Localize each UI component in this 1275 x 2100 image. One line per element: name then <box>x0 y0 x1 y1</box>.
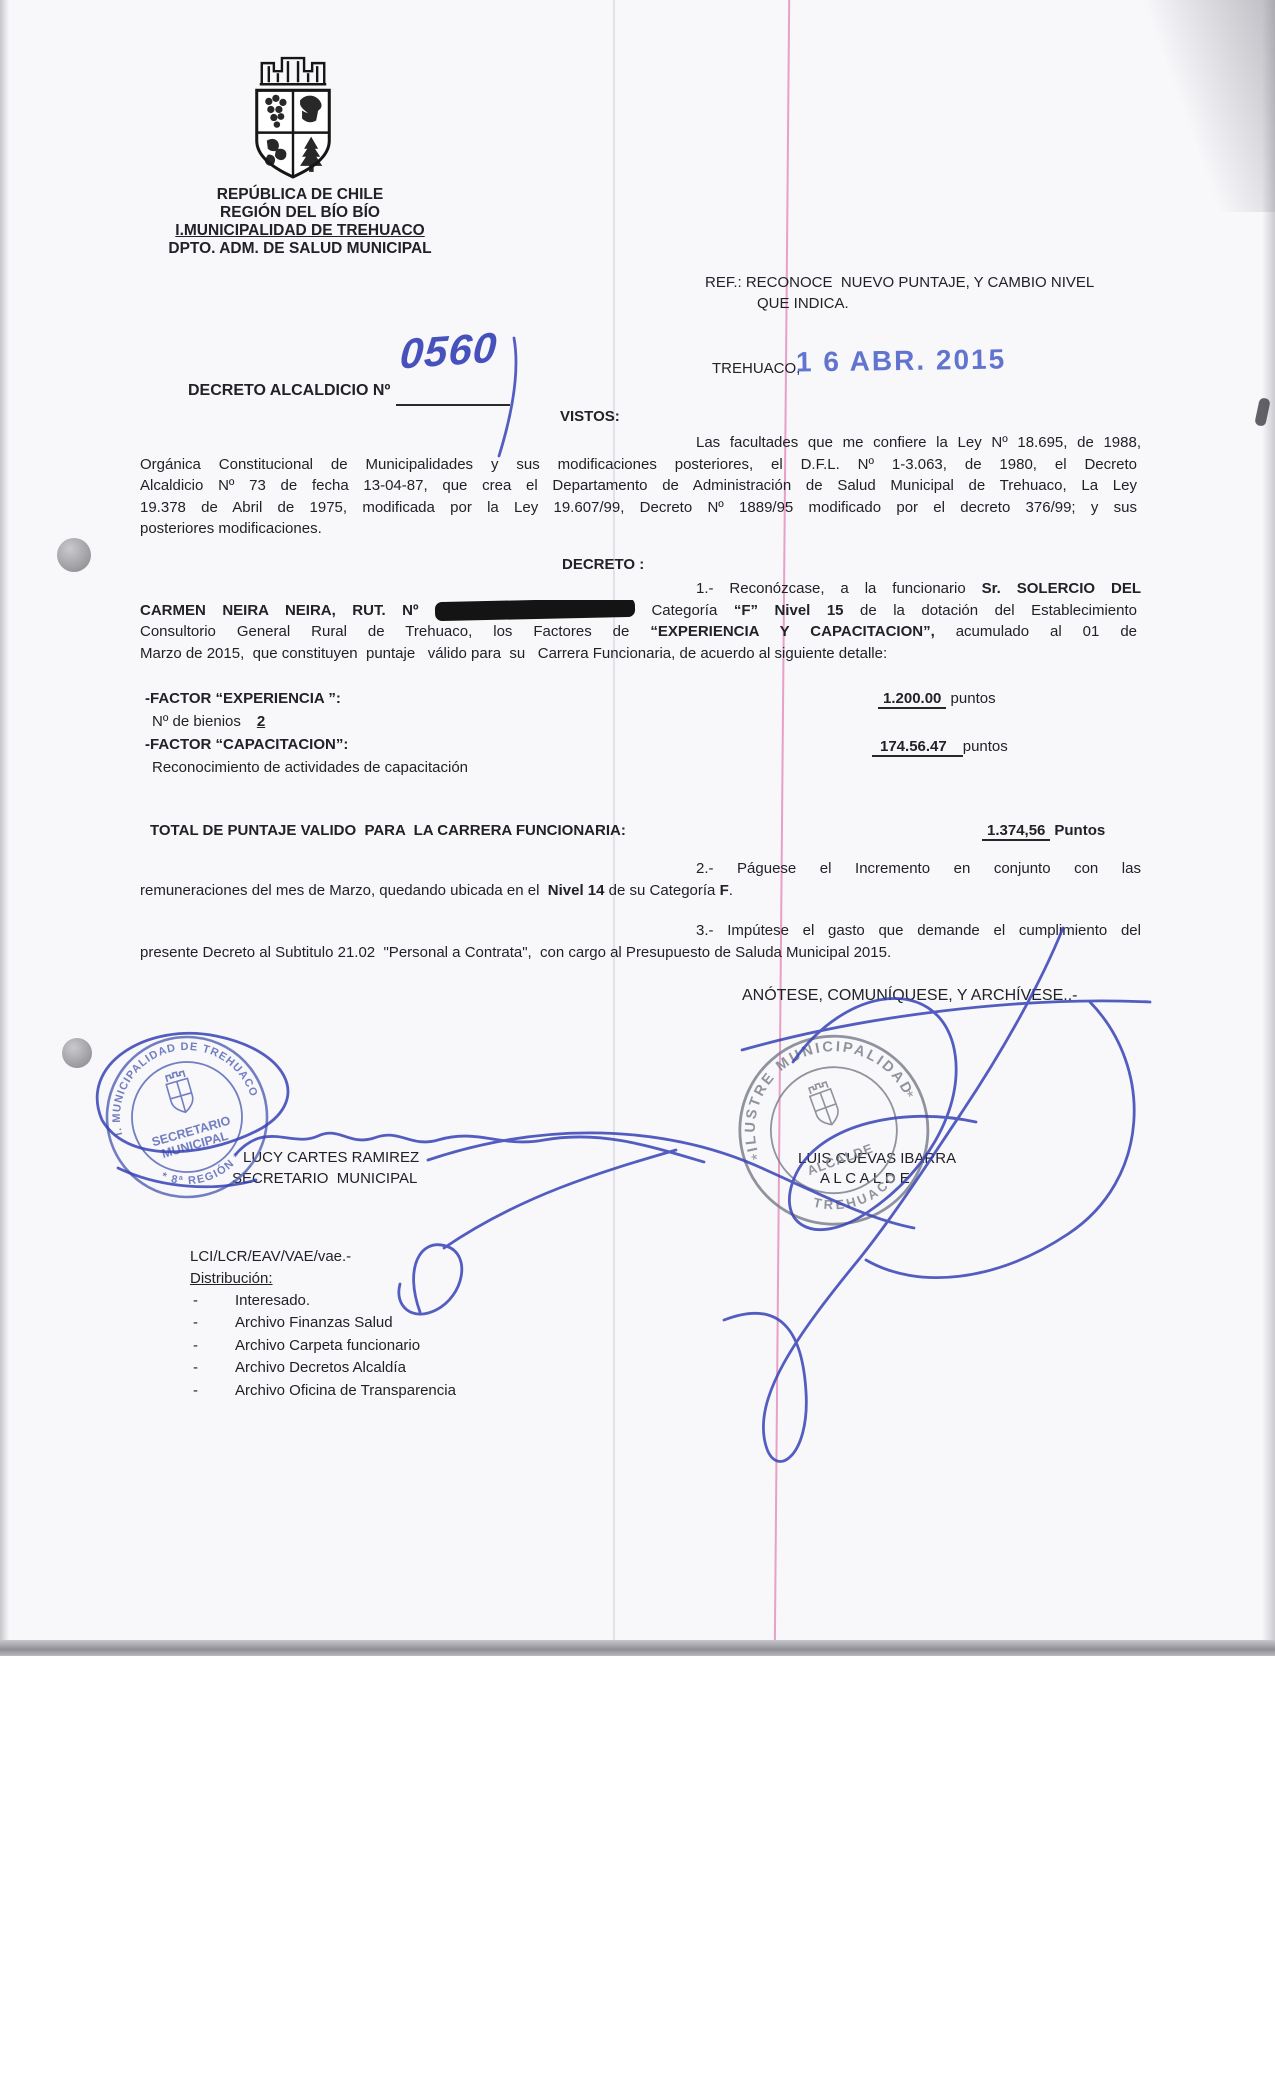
vistos-line1: Las facultades que me confiere la Ley Nº… <box>696 432 1141 454</box>
vistos-line4: 19.378 de Abril de 1975, modificada por … <box>140 497 1137 519</box>
header-country: REPÚBLICA DE CHILE <box>120 186 480 204</box>
decreto-p1-line4: Marzo de 2015, que constituyen puntaje v… <box>140 643 1137 665</box>
vistos-line3: Alcaldicio Nº 73 de fecha 13-04-87, que … <box>140 475 1137 497</box>
decreto-label: DECRETO : <box>562 554 644 575</box>
scanned-decree-page: REPÚBLICA DE CHILE REGIÓN DEL BÍO BÍO I.… <box>0 0 1275 2100</box>
decreto-p2-line1: 2.- Páguese el Incremento en conjunto co… <box>696 858 1141 880</box>
factor-capacitacion-value: 174.56.47 <box>872 738 963 757</box>
mayor-stamp-star-left: * <box>750 1151 762 1169</box>
svg-text:I. MUNICIPALIDAD DE TREHUACO: I. MUNICIPALIDAD DE TREHUACO <box>93 1023 260 1138</box>
dash-bullet: - <box>193 1292 198 1309</box>
distribution-item: -Archivo Finanzas Salud <box>193 1312 393 1333</box>
bienios-label: Nº de bienios <box>152 713 241 730</box>
scan-shadow-corner <box>1148 0 1275 212</box>
dash-bullet: - <box>193 1382 198 1399</box>
p2-l2-text: remuneraciones del mes de Marzo, quedand… <box>140 882 548 899</box>
capacitacion-sub-label: Reconocimiento de actividades de capacit… <box>152 757 468 778</box>
factor-experiencia-value: 1.200.00 <box>878 690 946 709</box>
p2-nivel-bold: Nivel 14 <box>548 882 605 899</box>
page-bottom-shadow <box>0 1640 1275 1656</box>
bienios-value: 2 <box>257 713 265 730</box>
p2-l2-text3: . <box>729 882 733 899</box>
total-unit: Puntos <box>1054 822 1105 839</box>
factor-experiencia-value-row: 1.200.00 puntos <box>878 688 996 709</box>
scan-edge-right <box>1262 0 1275 1648</box>
distribution-item-text: Archivo Decretos Alcaldía <box>235 1359 406 1376</box>
decreto-p1-line3: Consultorio General Rural de Trehuaco, l… <box>140 621 1137 643</box>
distribution-item-text: Archivo Carpeta funcionario <box>235 1337 420 1354</box>
header-municipality: I.MUNICIPALIDAD DE TREHUACO <box>120 222 480 240</box>
p2-l2-text2: de su Categoría <box>604 882 719 899</box>
factor-capacitacion-value-row: 174.56.47puntos <box>872 736 1008 757</box>
date-stamp: 1 6 ABR. 2015 <box>796 349 1006 373</box>
distribution-item: -Archivo Oficina de Transparencia <box>193 1380 456 1401</box>
p1-l3-text: Consultorio General Rural de Trehuaco, l… <box>140 623 650 640</box>
vistos-line5: posteriores modificaciones. <box>140 518 1137 540</box>
distribution-item: -Interesado. <box>193 1290 310 1311</box>
total-value: 1.374,56 <box>982 822 1050 841</box>
p1-l1-bold: Sr. SOLERCIO DEL <box>982 580 1141 597</box>
mayor-stamp-bottom-text: TREHUACO <box>808 1165 907 1224</box>
closing-formula: ANÓTESE, COMUNÍQUESE, Y ARCHÍVESE..- <box>742 985 1077 1006</box>
p1-name-rut: CARMEN NEIRA NEIRA, RUT. Nº <box>140 602 435 619</box>
responsibility-initials: LCI/LCR/EAV/VAE/vae.- <box>190 1246 351 1267</box>
dash-bullet: - <box>193 1314 198 1331</box>
total-value-row: 1.374,56Puntos <box>982 820 1105 841</box>
dash-bullet: - <box>193 1359 198 1376</box>
scan-edge-left <box>0 0 9 1648</box>
vistos-line2: Orgánica Constitucional de Municipalidad… <box>140 454 1137 476</box>
decreto-p2-line2: remuneraciones del mes de Marzo, quedand… <box>140 880 1137 902</box>
decree-number-label: DECRETO ALCALDICIO Nº <box>188 380 390 401</box>
dash-bullet: - <box>193 1337 198 1354</box>
total-label: TOTAL DE PUNTAJE VALIDO PARA LA CARRERA … <box>150 820 626 841</box>
p1-factors-bold: “EXPERIENCIA Y CAPACITACION”, <box>650 623 934 640</box>
p1-l2-text2: de la dotación del Establecimiento <box>860 602 1137 619</box>
distribution-item: -Archivo Decretos Alcaldía <box>193 1357 406 1378</box>
bienios-row: Nº de bienios2 <box>152 711 265 732</box>
p1-l1-text: 1.- Reconózcase, a la funcionario <box>696 580 982 597</box>
mayor-stamp-center: ALCALDE <box>805 1140 875 1178</box>
rut-redaction-bar <box>435 600 635 621</box>
coat-of-arms-icon <box>237 48 349 184</box>
distribution-label: Distribución: <box>190 1268 273 1289</box>
hole-punch-top <box>57 538 91 572</box>
factor-experiencia-label: -FACTOR “EXPERIENCIA ”: <box>145 688 341 709</box>
distribution-item-text: Archivo Finanzas Salud <box>235 1314 393 1331</box>
ref-line2: QUE INDICA. <box>757 293 849 314</box>
p1-l3-text2: acumulado al 01 de <box>935 623 1137 640</box>
decreto-p1-line2: CARMEN NEIRA NEIRA, RUT. Nº Categoría “F… <box>140 600 1137 622</box>
p2-categoria-bold: F <box>720 882 729 899</box>
decree-number-handwritten: 0560 <box>399 337 498 365</box>
factor-experiencia-unit: puntos <box>946 690 995 707</box>
header-department: DPTO. ADM. DE SALUD MUNICIPAL <box>120 240 480 258</box>
svg-text:TREHUACO: TREHUACO <box>808 1165 907 1224</box>
distribution-item-text: Archivo Oficina de Transparencia <box>235 1382 456 1399</box>
ref-line1: REF.: RECONOCE NUEVO PUNTAJE, Y CAMBIO N… <box>705 272 1094 293</box>
p1-category-bold: “F” Nivel 15 <box>734 602 860 619</box>
decreto-p1-line1: 1.- Reconózcase, a la funcionario Sr. SO… <box>696 578 1141 600</box>
vistos-label: VISTOS: <box>560 406 620 427</box>
dateline-place: TREHUACO, <box>712 358 800 379</box>
distribution-item: -Archivo Carpeta funcionario <box>193 1335 420 1356</box>
distribution-item-text: Interesado. <box>235 1292 310 1309</box>
hole-punch-bottom <box>62 1038 92 1068</box>
factor-capacitacion-unit: puntos <box>963 738 1008 755</box>
p1-l2-text: Categoría <box>635 602 734 619</box>
secretary-stamp-top-text: I. MUNICIPALIDAD DE TREHUACO <box>93 1023 260 1138</box>
decree-number-underline <box>396 376 510 406</box>
factor-capacitacion-label: -FACTOR “CAPACITACION”: <box>145 734 348 755</box>
decreto-p3-line1: 3.- Impútese el gasto que demande el cum… <box>696 920 1141 942</box>
header-region: REGIÓN DEL BÍO BÍO <box>120 204 480 222</box>
decreto-p3-line2: presente Decreto al Subtitulo 21.02 "Per… <box>140 942 1137 964</box>
